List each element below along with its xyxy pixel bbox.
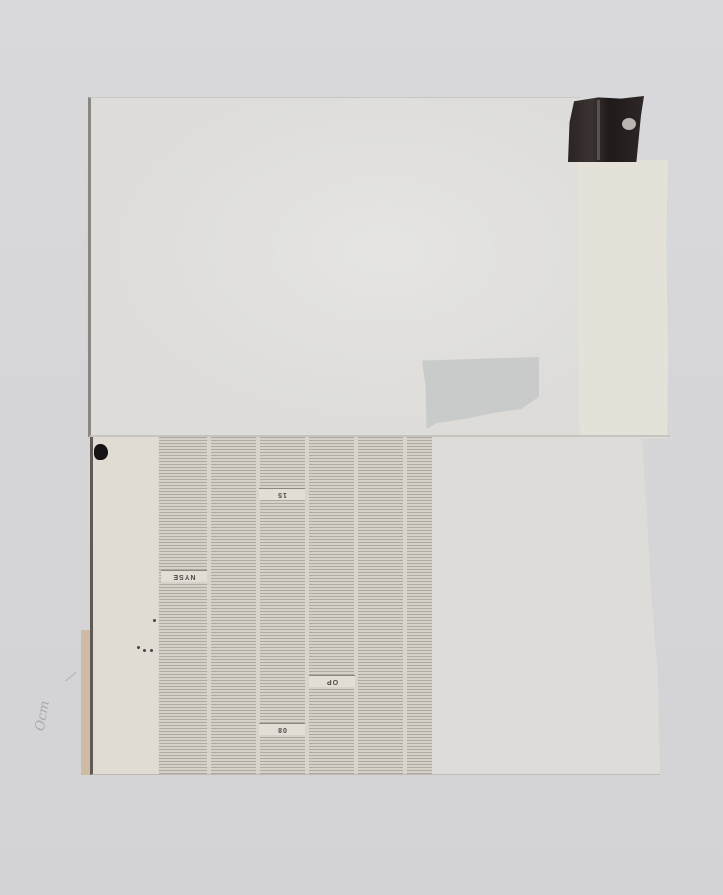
column-gutter [207, 437, 211, 774]
paint-speck [137, 646, 140, 649]
column-gutter [305, 437, 309, 774]
newsprint-header: 15 [259, 488, 305, 500]
lower-right-white-panel [432, 437, 660, 775]
column-gutter [354, 437, 358, 774]
paint-speck [143, 649, 146, 652]
panel-seam [90, 435, 670, 437]
newsprint-header: NYSE [161, 570, 207, 582]
paint-speck [150, 649, 153, 652]
stock-table-columns: NYSE 15 OP 08 [159, 437, 435, 774]
dark-scrap-highlight [622, 118, 636, 130]
cream-paper-strip [578, 160, 668, 438]
dark-scrap-streak [597, 100, 600, 160]
newsprint-header: OP [309, 675, 355, 687]
column-gutter [403, 437, 407, 774]
newsprint-margin [93, 437, 158, 774]
ink-blot [94, 444, 108, 460]
paint-speck [153, 619, 156, 622]
newsprint-panel: NYSE 15 OP 08 [90, 437, 435, 775]
newsprint-header: 08 [259, 723, 305, 735]
